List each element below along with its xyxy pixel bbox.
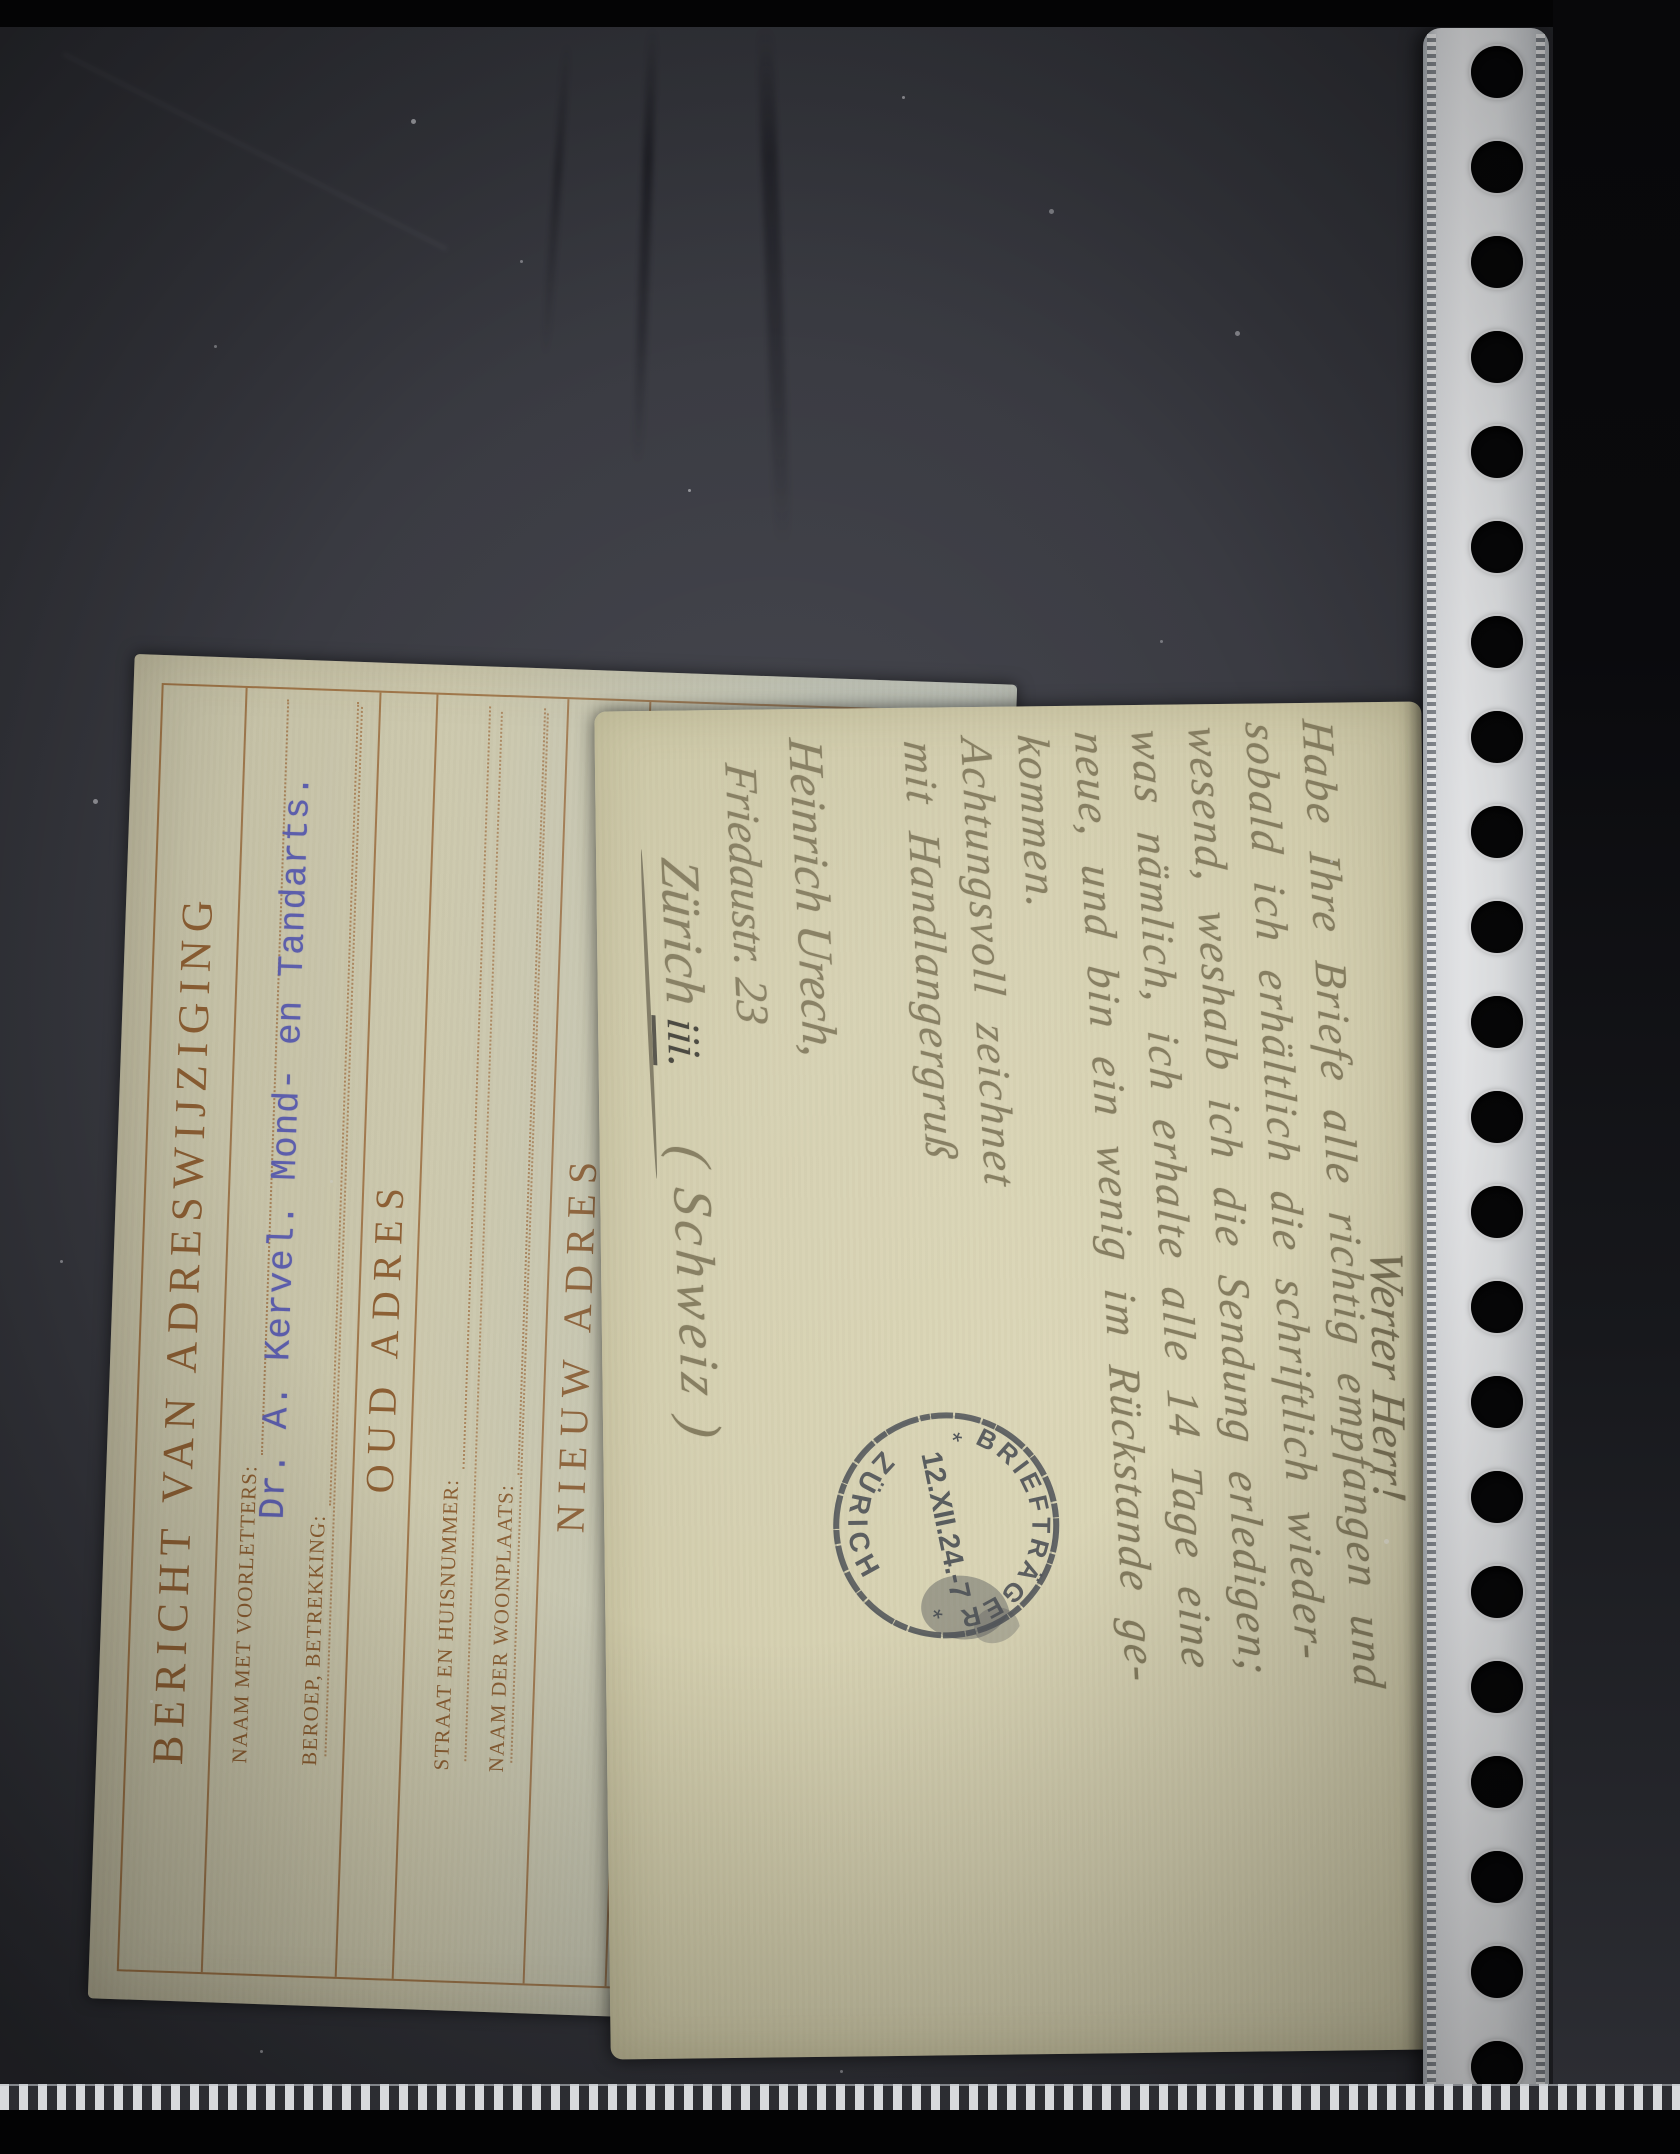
- place-country: ( Schweiz ): [660, 1143, 733, 1445]
- postmark-date: 12.XII.24.-7: [914, 1449, 976, 1602]
- punch-hole: [1471, 1186, 1523, 1238]
- punch-hole: [1471, 806, 1523, 858]
- punch-hole: [1471, 901, 1523, 953]
- frame-band-bottom: [0, 2110, 1680, 2154]
- punch-hole: [1471, 1661, 1523, 1713]
- scratch-streak: [541, 40, 571, 360]
- punch-hole: [1471, 996, 1523, 1048]
- punch-hole: [1471, 1566, 1523, 1618]
- punch-hole: [1471, 1091, 1523, 1143]
- postcard-body: Habe Ihre Briefe alle richtig empfangen …: [890, 718, 1417, 2065]
- punch-hole: [1471, 426, 1523, 478]
- handwritten-postcard: Werter Herr! Habe Ihre Briefe alle richt…: [594, 701, 1437, 2059]
- punch-hole: [1471, 236, 1523, 288]
- punch-hole: [1471, 331, 1523, 383]
- punch-hole: [1471, 1946, 1523, 1998]
- postmark-star-left: *: [938, 1430, 969, 1443]
- binder-strip: [1423, 28, 1549, 2110]
- postmark: BRIEFTRÄGER ZÜRICH * * 12.XII.24.-7: [814, 1393, 1079, 1658]
- svg-text:BRIEFTRÄGER: BRIEFTRÄGER: [951, 1421, 1067, 1644]
- place-city: Zürich: [649, 856, 716, 1009]
- scratch-streak: [757, 26, 791, 546]
- punch-hole: [1471, 1471, 1523, 1523]
- sleeve-crease: [63, 53, 447, 251]
- place-line: Zürich iii. ( Schweiz ): [648, 855, 734, 1445]
- frame-band-top: [0, 0, 1680, 27]
- signature-name: Heinrich Urech,: [777, 736, 849, 1060]
- punch-hole: [1471, 521, 1523, 573]
- punch-hole: [1471, 1851, 1523, 1903]
- punch-hole: [1471, 1376, 1523, 1428]
- frame-band-right: [1553, 0, 1680, 2154]
- photo-background: BERICHT VAN ADRESWIJZIGING NAAM MET VOOR…: [0, 0, 1680, 2154]
- punch-hole: [1471, 1281, 1523, 1333]
- postmark-star-right: *: [918, 1607, 949, 1620]
- punch-hole: [1471, 616, 1523, 668]
- punch-hole: [1471, 46, 1523, 98]
- signature-street: Friedaustr. 23: [714, 761, 780, 1026]
- place-district: iii.: [651, 1015, 710, 1071]
- sleeve-zipper-edge: [0, 2084, 1680, 2112]
- scratch-streak: [632, 26, 657, 466]
- punch-hole: [1471, 141, 1523, 193]
- punch-hole: [1471, 711, 1523, 763]
- punch-hole: [1471, 1756, 1523, 1808]
- postmark-service: BRIEFTRÄGER: [951, 1421, 1067, 1644]
